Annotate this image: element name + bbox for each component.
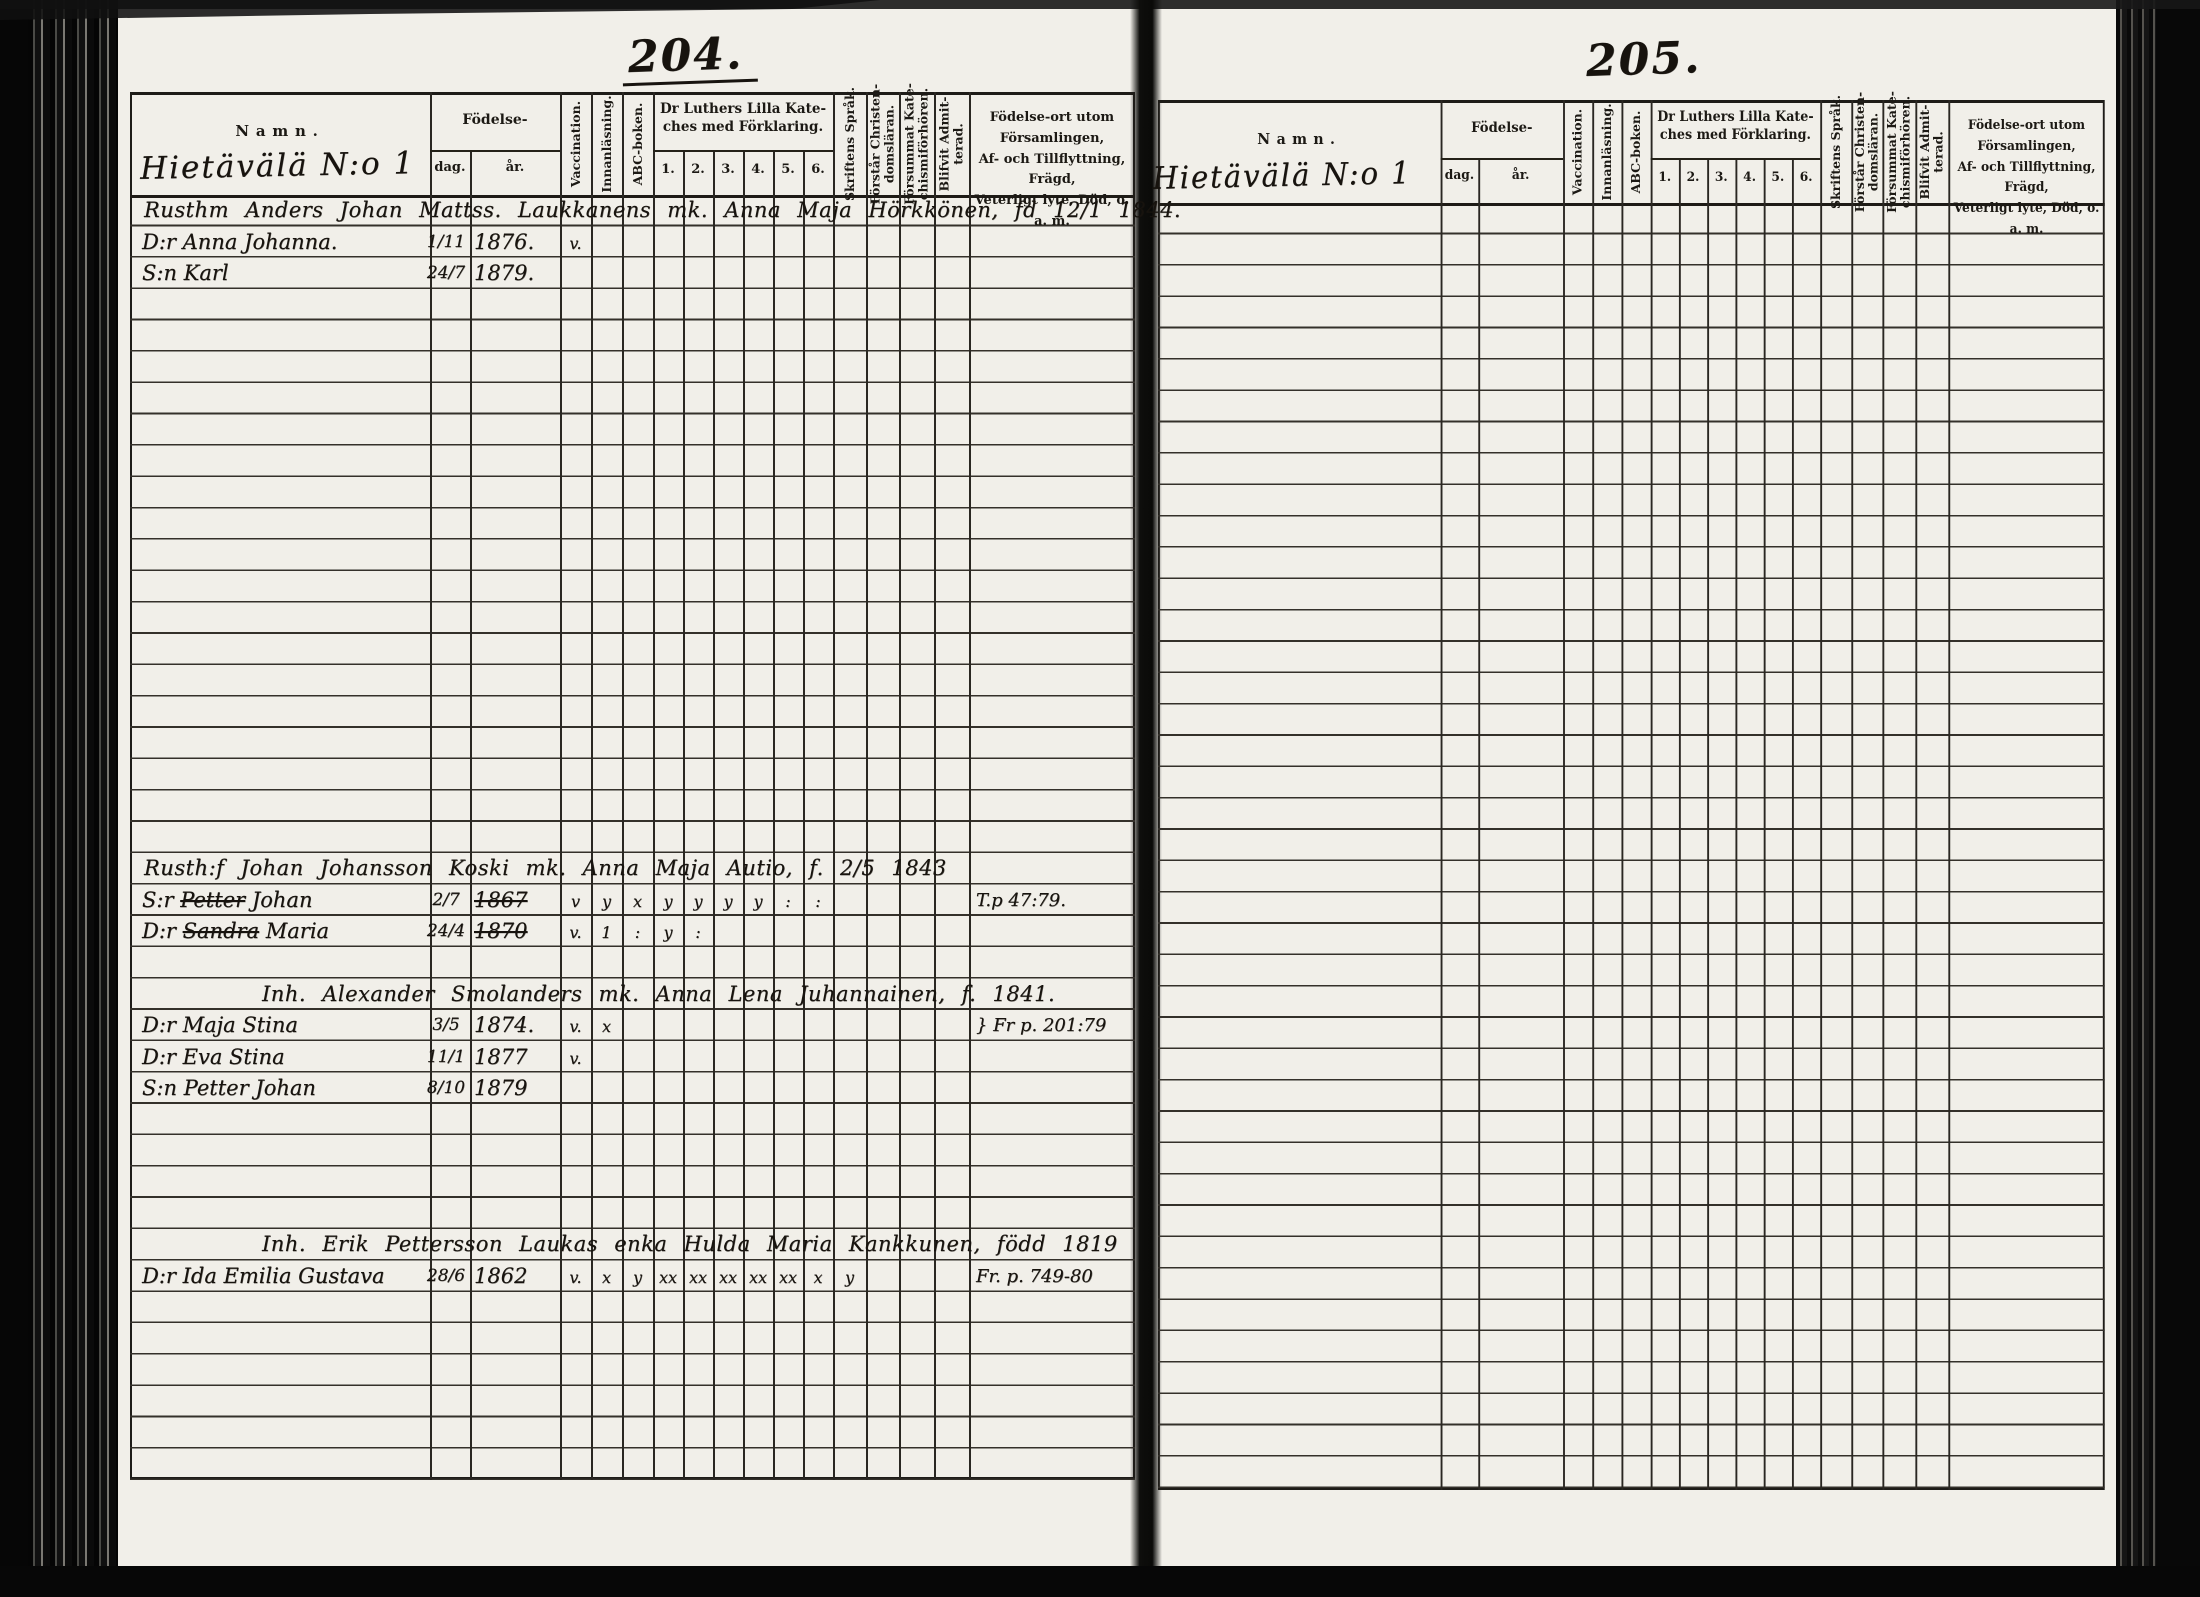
kateches-num-1: 1.: [1651, 170, 1679, 185]
col-header-forsummat-katechismiforhoren: Försummat Kate- chismiförhören.: [899, 92, 934, 195]
vaccination-mark: v: [560, 892, 591, 911]
kateches-num-4: 4.: [1735, 170, 1763, 185]
vaccination-mark: v.: [560, 1017, 591, 1036]
kateches-num-2: 2.: [683, 162, 713, 177]
birth-year: 1867: [474, 888, 562, 912]
innanlasning-mark: x: [591, 1017, 622, 1036]
column-rule: [1651, 100, 1653, 1490]
kateches-mark-1: xx: [653, 1268, 683, 1287]
birth-year: 1879: [474, 1076, 562, 1100]
abc-mark: x: [622, 892, 653, 911]
kateches-mark-6: x: [803, 1268, 833, 1287]
column-rule: [1948, 100, 1950, 1490]
column-rule: [1441, 100, 1443, 1490]
column-rule: [1478, 158, 1480, 1490]
margin-note: Fr. p. 749-80: [976, 1266, 1134, 1287]
member-name: D:r Maja Stina: [142, 1013, 298, 1037]
col-header-dag: dag.: [1441, 168, 1479, 183]
member-name: S:n Karl: [142, 261, 229, 285]
col-header-forstar-christendomslaran: Förstår Christen- domsläran.: [1851, 100, 1882, 203]
kateches-divider: [653, 150, 833, 152]
fodelse-divider: [430, 150, 560, 152]
right-page-table: Namn. Födelse- dag. år. Vaccination. Inn…: [1158, 100, 2105, 1490]
kateches-mark-3: y: [713, 892, 743, 911]
place-heading: Hietävälä N:o 1: [1152, 155, 1412, 197]
col-header-skriftens-sprak: Skriftens Språk.: [833, 92, 866, 195]
col-header-ar: år.: [1478, 168, 1563, 183]
abc-mark: :: [622, 923, 653, 942]
innanlasning-mark: y: [591, 892, 622, 911]
col-header-fodelse: Födelse-: [430, 112, 560, 128]
kateches-num-3: 3.: [713, 162, 743, 177]
scan-top-left-shadow: [0, 0, 880, 20]
innanlasning-mark: 1: [591, 923, 622, 942]
innanlasning-mark: x: [591, 1268, 622, 1287]
column-rule: [1707, 158, 1709, 1490]
page-stack-streaks: [28, 0, 118, 1597]
kateches-mark-5: :: [773, 892, 803, 911]
birth-year: 1879.: [474, 261, 562, 285]
col-header-vaccination: Vaccination.: [560, 92, 591, 195]
skriftens-mark: y: [833, 1268, 866, 1287]
col-header-forstar-christendomslaran: Förstår Christen- domsläran.: [866, 92, 899, 195]
column-rule: [1735, 158, 1737, 1490]
kateches-mark-1: y: [653, 923, 683, 942]
member-name: D:r Eva Stina: [142, 1045, 285, 1069]
birth-day: 24/7: [420, 263, 472, 283]
kateches-mark-3: xx: [713, 1268, 743, 1287]
member-name: S:r Petter Johan: [142, 888, 312, 912]
birth-year: 1876.: [474, 230, 562, 254]
kateches-mark-2: :: [683, 923, 713, 942]
member-row: D:r Maja Stina 3/5 1874. v. x } Fr p. 20…: [130, 1013, 1135, 1047]
col-header-ar: år.: [470, 160, 560, 175]
household-head-text: Rusth:f Johan Johansson Koski mk. Anna M…: [144, 856, 947, 880]
col-header-innanlasning: Innanläsning.: [1592, 100, 1621, 203]
member-row: D:r Ida Emilia Gustava 28/6 1862 v. x y …: [130, 1264, 1135, 1298]
kateches-mark-2: y: [683, 892, 713, 911]
member-row: D:r Sandra Maria 24/4 1870 v. 1 : y :: [130, 919, 1135, 953]
birth-day: 8/10: [420, 1078, 472, 1098]
birth-day: 2/7: [420, 890, 472, 910]
column-rule: [1915, 100, 1917, 1490]
col-header-innanlasning: Innanläsning.: [591, 92, 622, 195]
column-rule: [1820, 100, 1822, 1490]
kateches-num-4: 4.: [743, 162, 773, 177]
scan-right-edge: [2116, 0, 2200, 1597]
household-head-row: Inh. Erik Pettersson Laukas enka Hulda M…: [130, 1232, 1135, 1266]
col-header-fodelse: Födelse-: [1441, 120, 1563, 136]
birth-year: 1874.: [474, 1013, 562, 1037]
birth-year: 1862: [474, 1264, 562, 1288]
birth-day: 28/6: [420, 1266, 472, 1286]
member-name: S:n Petter Johan: [142, 1076, 316, 1100]
column-rule: [1679, 158, 1681, 1490]
col-header-blifvit-admitterad: Blifvit Admit- terad.: [1915, 100, 1948, 203]
kateches-mark-2: xx: [683, 1268, 713, 1287]
column-rule: [1563, 100, 1565, 1490]
kateches-mark-4: y: [743, 892, 773, 911]
birth-day: 11/1: [420, 1047, 472, 1067]
birth-year: 1877: [474, 1045, 562, 1069]
column-rule: [1882, 100, 1884, 1490]
kateches-mark-6: :: [803, 892, 833, 911]
birth-day: 1/11: [420, 232, 472, 252]
kateches-mark-1: y: [653, 892, 683, 911]
member-row: S:n Karl 24/7 1879.: [130, 261, 1135, 295]
scan-left-edge: [0, 0, 118, 1597]
col-header-vaccination: Vaccination.: [1563, 100, 1592, 203]
kateches-mark-4: xx: [743, 1268, 773, 1287]
column-rule: [1851, 100, 1853, 1490]
kateches-num-6: 6.: [803, 162, 833, 177]
kateches-divider: [1651, 158, 1821, 160]
kateches-num-1: 1.: [653, 162, 683, 177]
household-head-row: Rusth:f Johan Johansson Koski mk. Anna M…: [130, 856, 1135, 890]
household-head-text: Rusthm Anders Johan Mattss. Laukkanens m…: [144, 198, 1181, 222]
col-header-fodelseort: Födelse-ort utom Församlingen, Af- och T…: [1948, 116, 2104, 241]
member-name: D:r Anna Johanna.: [142, 230, 337, 254]
col-header-kateches: Dr Luthers Lilla Kate- ches med Förklari…: [1651, 108, 1821, 144]
table-body-rules: [1158, 203, 2105, 1490]
column-rule: [1621, 100, 1623, 1490]
kateches-num-5: 5.: [1764, 170, 1792, 185]
vaccination-mark: v.: [560, 1049, 591, 1068]
column-rule: [1592, 100, 1594, 1490]
col-header-namn: Namn.: [1158, 130, 1441, 148]
col-header-blifvit-admitterad: Blifvit Admit- terad.: [934, 92, 969, 195]
kateches-num-5: 5.: [773, 162, 803, 177]
member-row: S:r Petter Johan 2/7 1867 v y x y y y y …: [130, 888, 1135, 922]
kateches-num-2: 2.: [1679, 170, 1707, 185]
page-stack-streaks: [2116, 0, 2156, 1597]
col-header-namn: Namn.: [130, 122, 430, 140]
book-scan: 204. 205. Namn. Födelse- dag. år. Vaccin…: [0, 0, 2200, 1597]
household-head-text: Inh. Alexander Smolanders mk. Anna Lena …: [262, 982, 1055, 1006]
col-header-skriftens-sprak: Skriftens Språk.: [1820, 100, 1851, 203]
margin-note: T.p 47:79.: [976, 890, 1134, 911]
birth-day: 24/4: [420, 921, 472, 941]
kateches-mark-5: xx: [773, 1268, 803, 1287]
member-row: D:r Anna Johanna. 1/11 1876. v.: [130, 230, 1135, 264]
column-rule: [1792, 158, 1794, 1490]
margin-note: } Fr p. 201:79: [976, 1015, 1134, 1036]
kateches-num-3: 3.: [1707, 170, 1735, 185]
vaccination-mark: v.: [560, 234, 591, 253]
scan-bottom-edge: [0, 1566, 2200, 1597]
left-page-table: Namn. Födelse- dag. år. Vaccination. Inn…: [130, 92, 1135, 1480]
vaccination-mark: v.: [560, 923, 591, 942]
col-header-dag: dag.: [430, 160, 470, 175]
member-name: D:r Sandra Maria: [142, 919, 329, 943]
col-header-abc-boken: ABC-boken.: [1621, 100, 1650, 203]
col-header-forsummat-katechismiforhoren: Försummat Kate- chismiförhören.: [1882, 100, 1915, 203]
birth-year: 1870: [474, 919, 562, 943]
place-heading: Hietävälä N:o 1: [140, 145, 416, 187]
household-head-row: Rusthm Anders Johan Mattss. Laukkanens m…: [130, 198, 1135, 232]
member-name: D:r Ida Emilia Gustava: [142, 1264, 385, 1288]
col-header-abc-boken: ABC-boken.: [622, 92, 653, 195]
col-header-kateches: Dr Luthers Lilla Kate- ches med Förklari…: [653, 100, 833, 136]
member-row: D:r Eva Stina 11/1 1877 v.: [130, 1045, 1135, 1079]
household-head-text: Inh. Erik Pettersson Laukas enka Hulda M…: [262, 1232, 1118, 1256]
household-head-row: Inh. Alexander Smolanders mk. Anna Lena …: [130, 982, 1135, 1016]
kateches-num-6: 6.: [1792, 170, 1820, 185]
vaccination-mark: v.: [560, 1268, 591, 1287]
abc-mark: y: [622, 1268, 653, 1287]
birth-day: 3/5: [420, 1015, 472, 1035]
member-row: S:n Petter Johan 8/10 1879: [130, 1076, 1135, 1110]
fodelse-divider: [1441, 158, 1563, 160]
column-rule: [1764, 158, 1766, 1490]
